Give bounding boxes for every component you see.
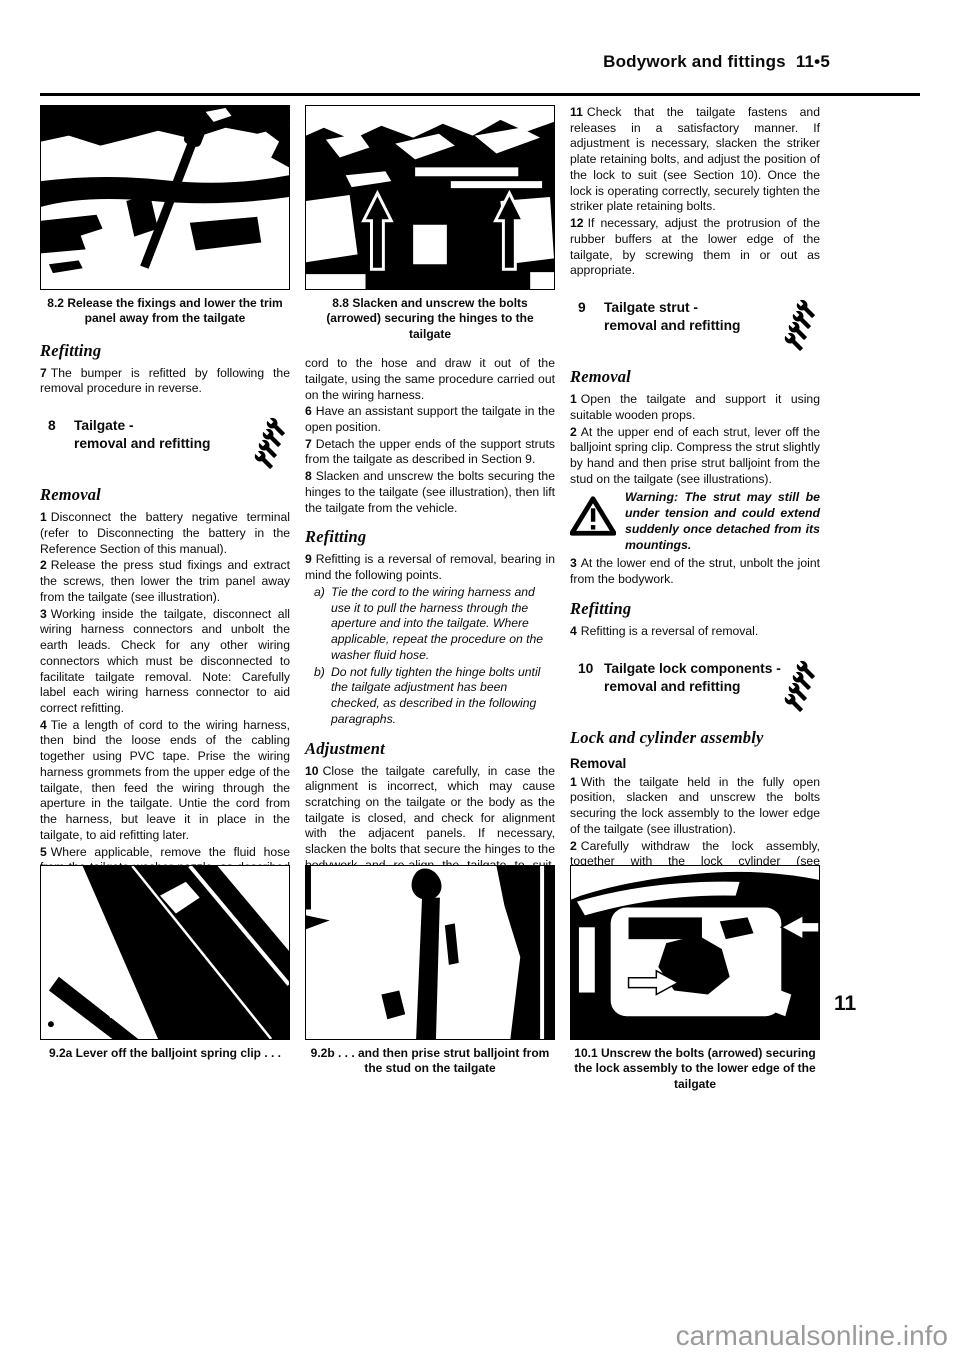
figure-8-2-photo	[40, 105, 290, 290]
removal-heading-strut: Removal	[570, 367, 820, 387]
figure-9-2a-caption: 9.2a Lever off the balljoint spring clip…	[44, 1046, 286, 1061]
lock-assembly-photo-art	[571, 866, 819, 1039]
paragraph-11: 11Check that the tailgate fastens and re…	[570, 105, 820, 215]
strut-paragraph-4: 4Refitting is a reversal of removal.	[570, 624, 820, 640]
figure-9-2a: 9.2a Lever off the balljoint spring clip…	[40, 865, 290, 1075]
paragraph-7b: 7Detach the upper ends of the support st…	[305, 437, 555, 468]
header-page-number: 11•5	[796, 52, 830, 71]
figure-9-2a-photo	[40, 865, 290, 1040]
spring-clip-photo-art	[41, 866, 289, 1039]
warning-text: Warning: The strut may still be under te…	[625, 490, 820, 554]
header-rule	[40, 93, 920, 96]
section-10-header: 10 Tailgate lock components - removal an…	[570, 660, 820, 712]
adjustment-heading: Adjustment	[305, 739, 555, 759]
figure-8-2-caption: 8.2 Release the fixings and lower the tr…	[44, 296, 286, 327]
middle-column: 8.8 Slacken and unscrew the bolts (arrow…	[305, 105, 555, 906]
left-column: 8.2 Release the fixings and lower the tr…	[40, 105, 290, 893]
trim-panel-photo-art	[41, 106, 289, 289]
figure-8-8-photo	[305, 105, 555, 290]
removal-heading: Removal	[40, 485, 290, 505]
figure-9-2b-photo	[305, 865, 555, 1040]
paragraph-6: 6Have an assistant support the tailgate …	[305, 404, 555, 435]
paragraph-1: 1Disconnect the battery negative termina…	[40, 510, 290, 557]
refitting-heading: Refitting	[40, 341, 290, 361]
spanner-difficulty-icon	[784, 660, 818, 712]
figure-10-1: 10.1 Unscrew the bolts (arrowed) securin…	[570, 865, 820, 1106]
warning-triangle-icon	[570, 495, 616, 537]
figure-9-2b: 9.2b . . . and then prise strut balljoin…	[305, 865, 555, 1091]
section-8-header: 8 Tailgate - removal and refitting	[40, 417, 290, 469]
figure-10-1-photo	[570, 865, 820, 1040]
continuation-paragraph: cord to the hose and draw it out of the …	[305, 356, 555, 403]
section-8-title: Tailgate - removal and refitting	[74, 417, 254, 453]
hinge-bolts-photo-art	[306, 106, 554, 289]
spanner-difficulty-icon	[254, 417, 288, 469]
strut-paragraph-3: 3At the lower end of the strut, unbolt t…	[570, 556, 820, 587]
strut-balljoint-photo-art	[306, 866, 554, 1039]
section-9-header: 9 Tailgate strut - removal and refitting	[570, 299, 820, 351]
watermark-text: carmanualsonline.info	[0, 1320, 948, 1352]
lock-assembly-heading: Lock and cylinder assembly	[570, 728, 820, 748]
paragraph-4: 4Tie a length of cord to the wiring harn…	[40, 718, 290, 844]
paragraph-7: 7The bumper is refitted by following the…	[40, 366, 290, 397]
spanner-difficulty-icon	[784, 299, 818, 351]
paragraph-2: 2Release the press stud fixings and extr…	[40, 558, 290, 605]
paragraph-3: 3Working inside the tailgate, disconnect…	[40, 607, 290, 717]
warning-note: Warning: The strut may still be under te…	[570, 490, 820, 554]
paragraph-12: 12If necessary, adjust the protrusion of…	[570, 216, 820, 279]
paragraph-9: 9Refitting is a reversal of removal, bea…	[305, 552, 555, 583]
list-item-b: b) Do not fully tighten the hinge bolts …	[305, 665, 555, 728]
figure-9-2b-caption: 9.2b . . . and then prise strut balljoin…	[309, 1046, 551, 1077]
figure-10-1-caption: 10.1 Unscrew the bolts (arrowed) securin…	[574, 1046, 816, 1092]
refitting-heading-mid: Refitting	[305, 527, 555, 547]
figure-8-8-caption: 8.8 Slacken and unscrew the bolts (arrow…	[309, 296, 551, 342]
refitting-heading-strut: Refitting	[570, 599, 820, 619]
strut-paragraph-1: 1Open the tailgate and support it using …	[570, 392, 820, 423]
list-item-a: a) Tie the cord to the wiring harness an…	[305, 585, 555, 664]
paragraph-8: 8Slacken and unscrew the bolts securing …	[305, 469, 555, 516]
lock-paragraph-1: 1With the tailgate held in the fully ope…	[570, 775, 820, 838]
section-9-title: Tailgate strut - removal and refitting	[604, 299, 784, 335]
section-10-title: Tailgate lock components - removal and r…	[604, 660, 784, 696]
chapter-tab-number: 11	[834, 992, 856, 1016]
strut-paragraph-2: 2At the upper end of each strut, lever o…	[570, 425, 820, 488]
page-header: Bodywork and fittings11•5	[40, 52, 830, 72]
header-title: Bodywork and fittings	[603, 52, 786, 71]
removal-heading-lock: Removal	[570, 756, 820, 771]
right-column: 11Check that the tailgate fastens and re…	[570, 105, 820, 887]
